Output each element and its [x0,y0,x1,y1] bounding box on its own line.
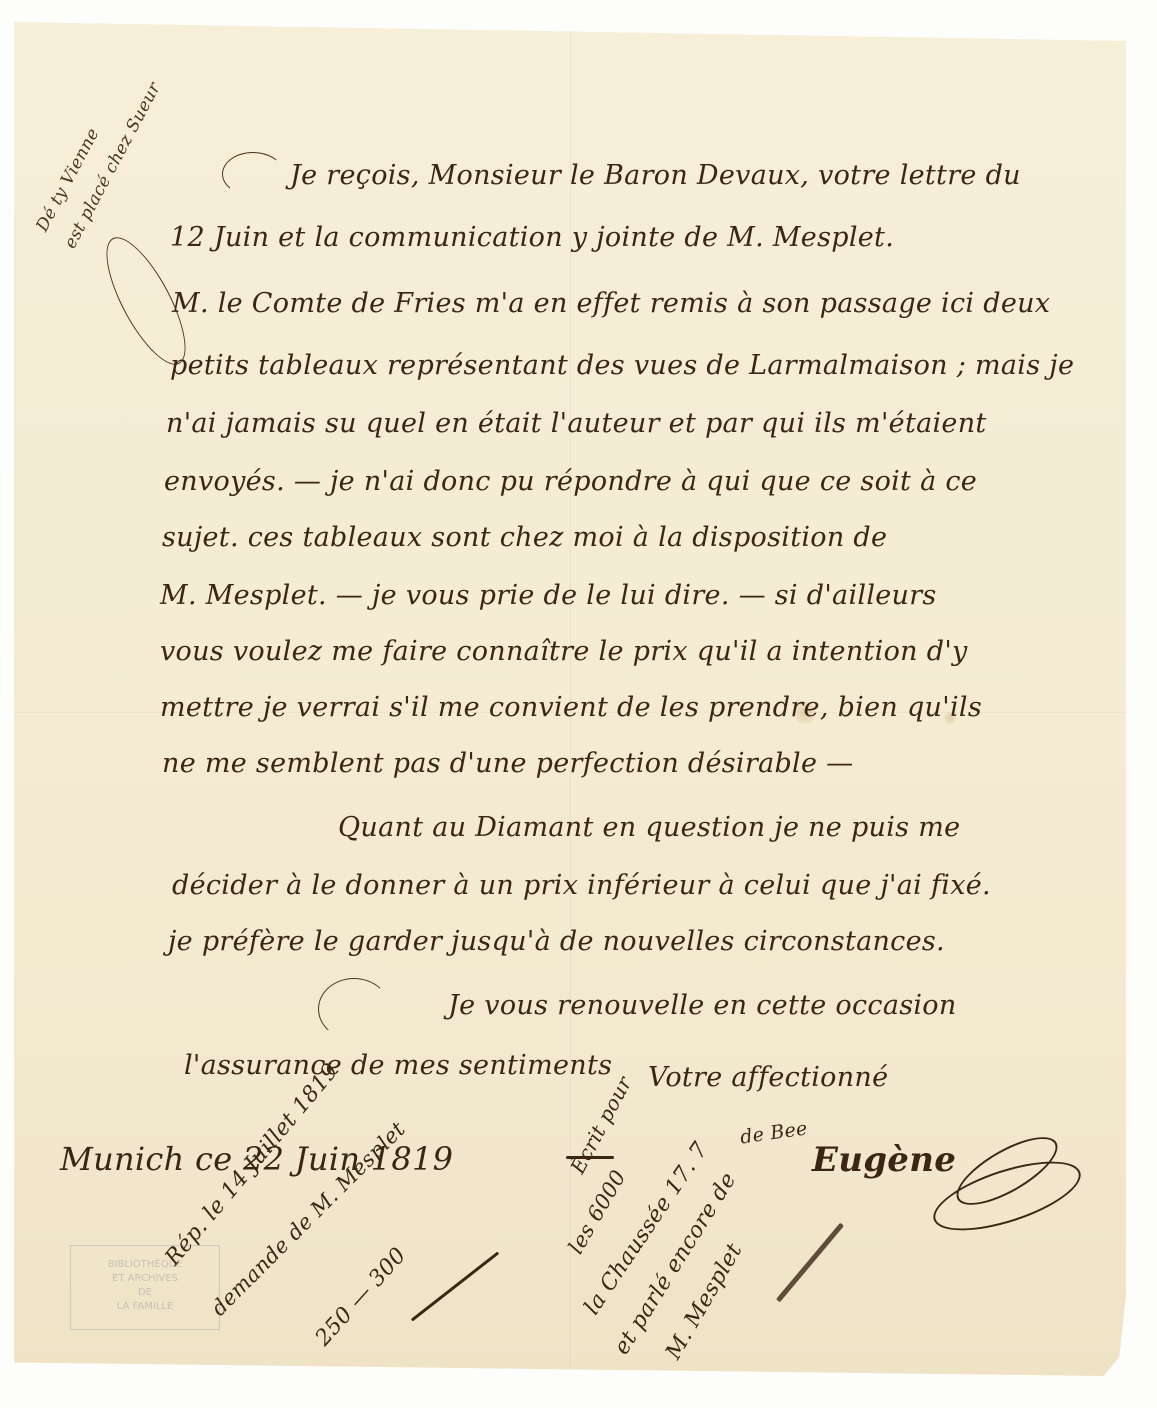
body-line: petits tableaux représentant des vues de… [170,350,1074,381]
stamp-line: ET ARCHIVES [71,1272,219,1286]
body-line: M. Mesplet. — je vous prie de le lui dir… [160,580,937,611]
body-line: décider à le donner à un prix inférieur … [172,870,991,901]
body-line: je préfère le garder jusqu'à de nouvelle… [168,926,945,957]
signature: Eugène [812,1140,956,1180]
closing-line: l'assurance de mes sentiments [184,1050,612,1081]
opening-flourish [222,152,284,196]
stamp-line: DE [71,1286,219,1300]
closing-line: Je vous renouvelle en cette occasion [448,990,957,1021]
body-line: vous voulez me faire connaître le prix q… [160,636,968,667]
body-line: M. le Comte de Fries m'a en effet remis … [172,288,1050,319]
stamp-line: LA FAMILLE [71,1300,219,1314]
body-line: ne me semblent pas d'une perfection dési… [162,748,853,779]
body-line: envoyés. — je n'ai donc pu répondre à qu… [164,466,977,497]
stamp-line: BIBLIOTHÈQUE [71,1258,219,1272]
body-line: Quant au Diamant en question je ne puis … [338,812,960,843]
body-line: sujet. ces tableaux sont chez moi à la d… [162,522,887,553]
body-line: Je reçois, Monsieur le Baron Devaux, vot… [290,160,1021,191]
collection-stamp: BIBLIOTHÈQUE ET ARCHIVES DE LA FAMILLE [70,1245,220,1330]
body-line: mettre je verrai s'il me convient de les… [160,692,982,723]
closing-flourish [318,978,390,1040]
body-line: n'ai jamais su quel en était l'auteur et… [166,408,987,439]
document-scan: Dé ty Vienne est placé chez Sueur Je reç… [0,0,1157,1408]
valediction: Votre affectionné [648,1062,888,1093]
body-line: 12 Juin et la communication y jointe de … [170,222,894,253]
